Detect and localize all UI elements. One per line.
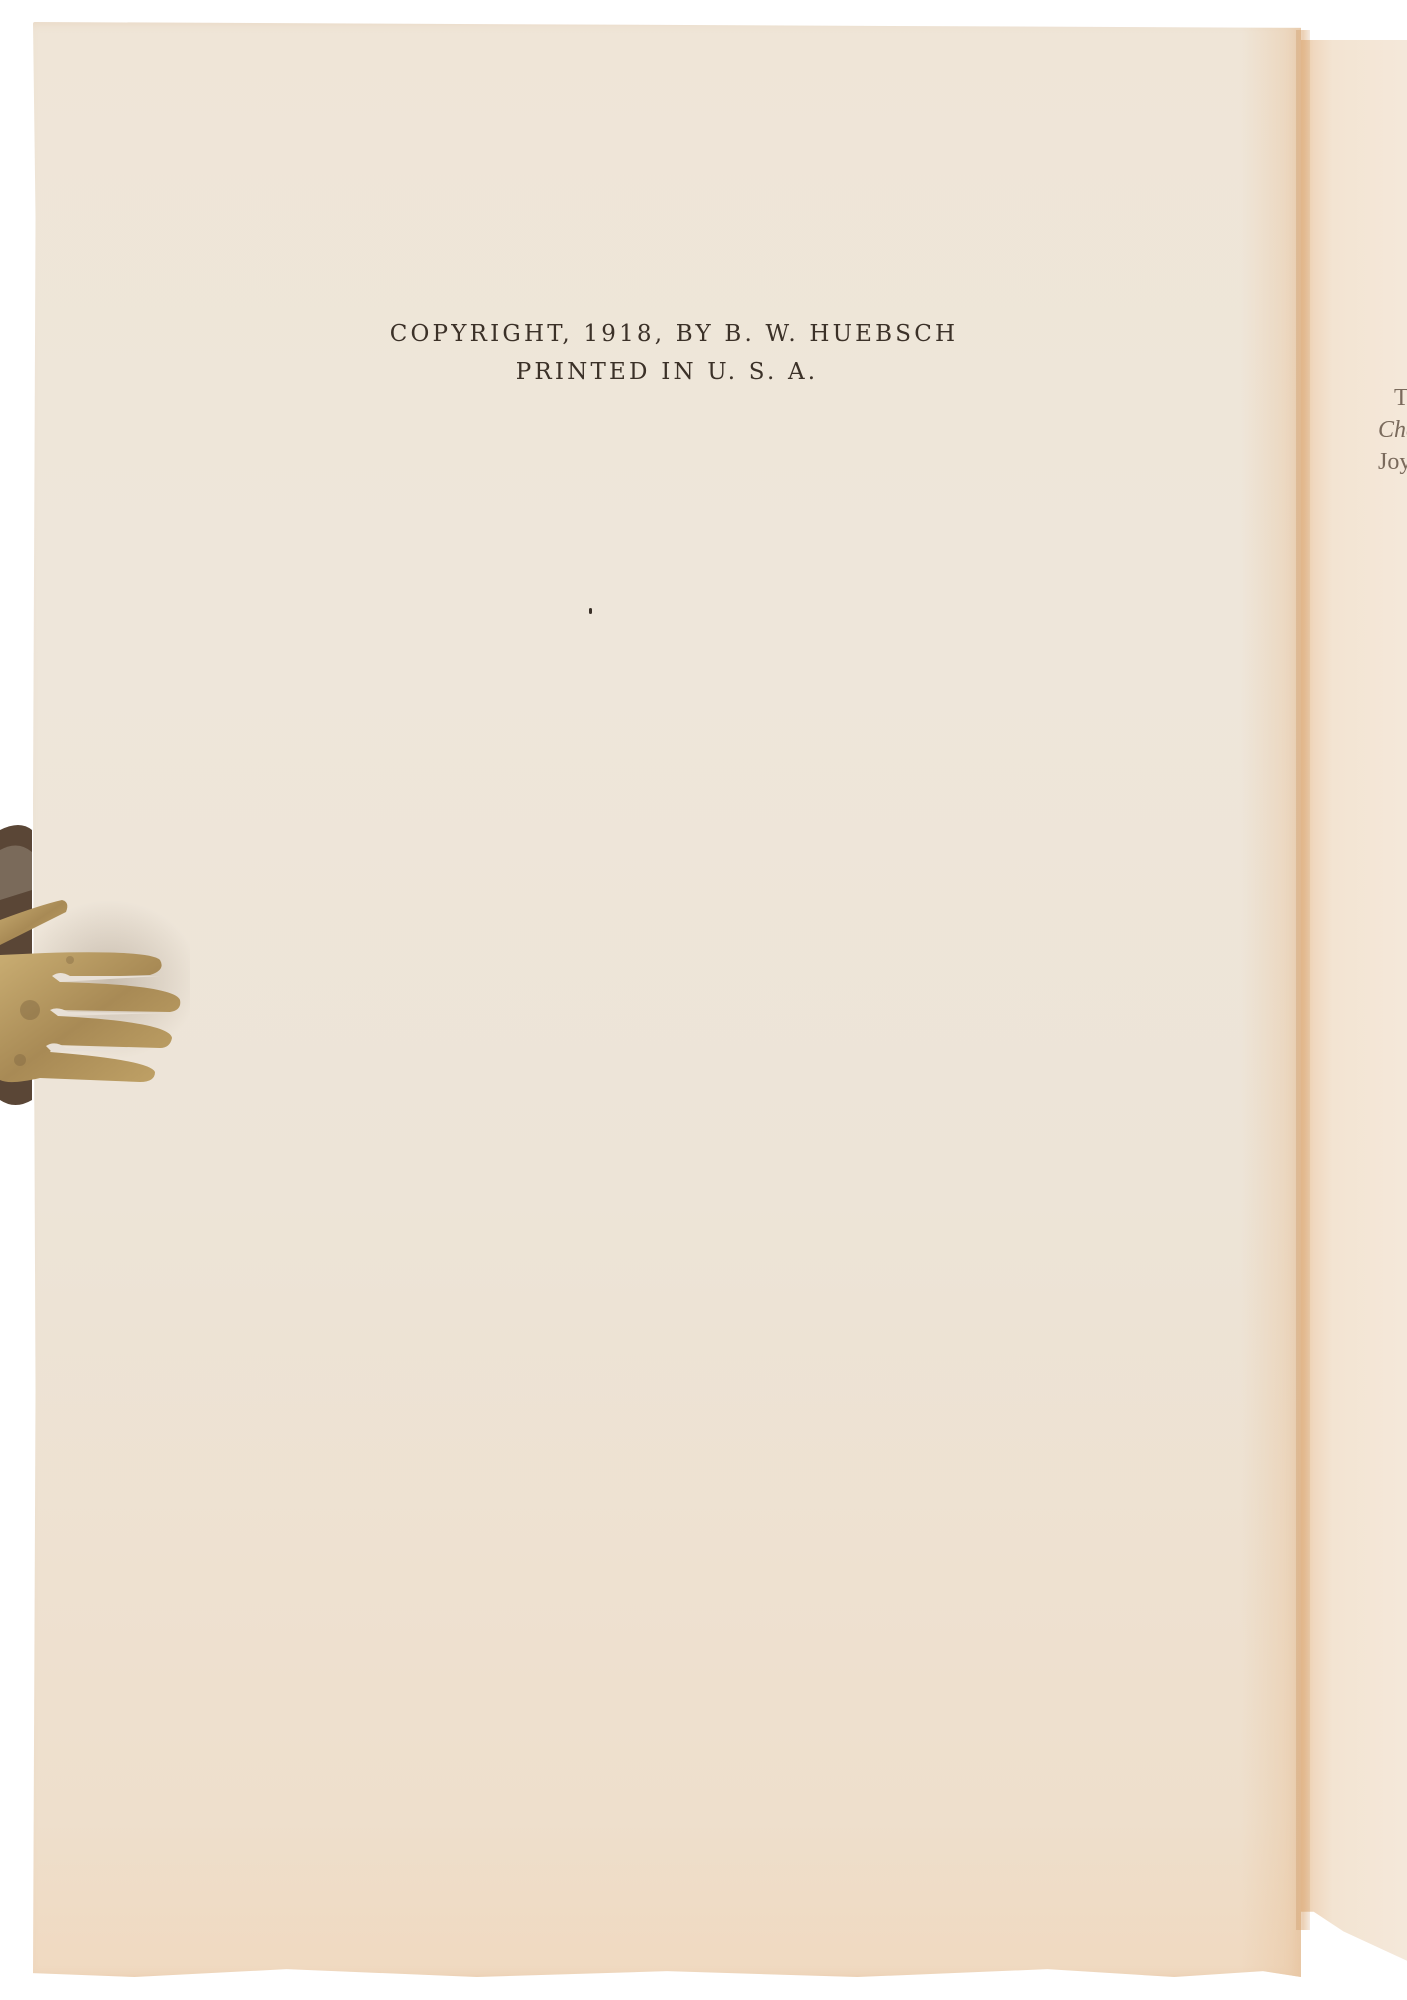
hand-clip-icon [0,810,190,1110]
paper-speck [589,608,592,614]
facing-line-3: Joyc [1378,446,1407,478]
book-photo: COPYRIGHT, 1918, BY B. W. HUEBSCH PRINTE… [0,0,1407,2000]
copyright-notice: COPYRIGHT, 1918, BY B. W. HUEBSCH PRINTE… [33,315,1301,391]
facing-line-2: Cha [1378,414,1407,446]
facing-page-text: T Cha Joyc [1378,382,1407,478]
facing-page [1301,40,1407,2000]
facing-line-1: T [1378,382,1407,414]
printed-in-line: PRINTED IN U. S. A. [33,353,1301,391]
copyright-line: COPYRIGHT, 1918, BY B. W. HUEBSCH [47,315,1301,353]
